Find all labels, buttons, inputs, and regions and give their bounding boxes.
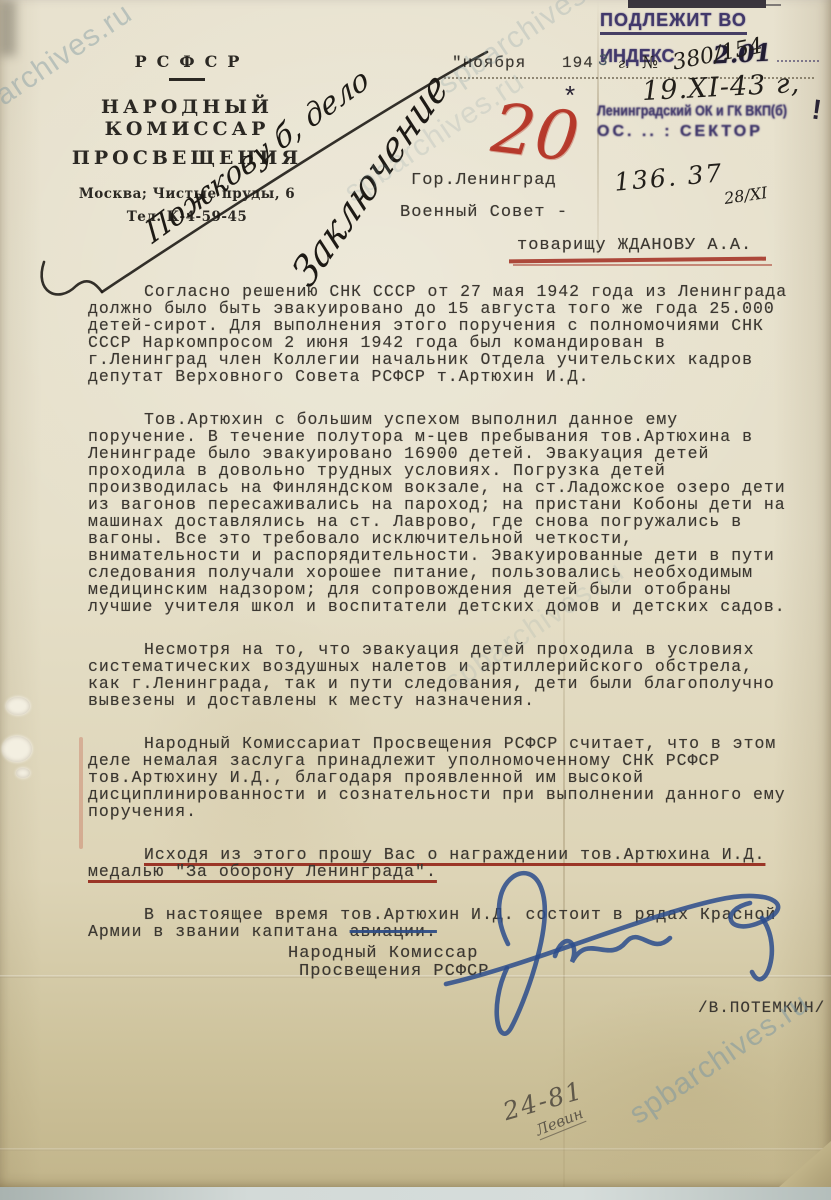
signer-title-line1: Народный Комиссар xyxy=(288,944,478,963)
red-pencil-number: 20 xyxy=(488,89,584,178)
recipient-line2: товарищу ЖДАНОВУ А.А. xyxy=(517,236,752,255)
corner-shadow xyxy=(0,0,16,56)
date-year-abbr: г. xyxy=(618,56,630,72)
party-committee-stamp: Ленинградский ОК и ГК ВКП(б) ОС. .. : СЕ… xyxy=(597,104,825,141)
paper-damage-spot xyxy=(2,736,32,762)
date-year: 194 xyxy=(562,54,594,72)
paragraph-4: Народный Комиссариат Просвещения РСФСР с… xyxy=(88,735,796,820)
scanner-background-strip xyxy=(0,1187,831,1200)
routing-stamp-line1: ПОДЛЕЖИТ ВО xyxy=(600,10,747,35)
letterhead-republic: РСФСР xyxy=(36,52,338,71)
paragraph-1: Согласно решению СНК СССР от 27 мая 1942… xyxy=(88,283,796,385)
date-month: "ноября xyxy=(452,54,526,72)
paper-damage-spot xyxy=(16,768,30,778)
scanned-document: РСФСР НАРОДНЫЙ КОМИССАР ПРОСВЕЩЕНИЯ Моск… xyxy=(0,0,831,1200)
award-request-underlined: Исходя из этого прошу Вас о награждении … xyxy=(88,845,765,881)
signer-title-line2: Просвещения РСФСР xyxy=(299,962,489,981)
partial-stamp-bar xyxy=(628,0,766,8)
recipient-name-underlined: товарищу ЖДАНОВУ А.А. xyxy=(517,236,752,255)
signer-name: /В.ПОТЕМКИН/ xyxy=(698,999,825,1017)
paragraph-request: Исходя из этого прошу Вас о награждении … xyxy=(88,846,796,880)
letterhead-rule xyxy=(169,78,205,81)
letter-body: Согласно решению СНК СССР от 27 мая 1942… xyxy=(88,283,796,966)
date-year-digit: 3 xyxy=(597,51,610,70)
paragraph-2: Тов.Артюхин с большим успехом выполнил д… xyxy=(88,411,796,615)
recipient-city: Гор.Ленинград xyxy=(411,171,557,190)
fold-crease-horizontal-2 xyxy=(0,1148,831,1151)
number-sign: № xyxy=(642,53,658,73)
paper-damage-spot xyxy=(6,697,30,715)
recipient-line1: Военный Совет - xyxy=(400,203,568,222)
red-pencil-margin-streak xyxy=(79,737,83,849)
paragraph-3: Несмотря на то, что эвакуация детей прох… xyxy=(88,641,796,709)
closing-struck-word: авиации. xyxy=(350,922,437,941)
party-stamp-line2: ОС. .. : СЕКТОР xyxy=(597,123,825,141)
paragraph-closing: В настоящее время тов.Артюхин И.Д. состо… xyxy=(88,906,796,940)
party-stamp-line1: Ленинградский ОК и ГК ВКП(б) xyxy=(597,103,825,119)
